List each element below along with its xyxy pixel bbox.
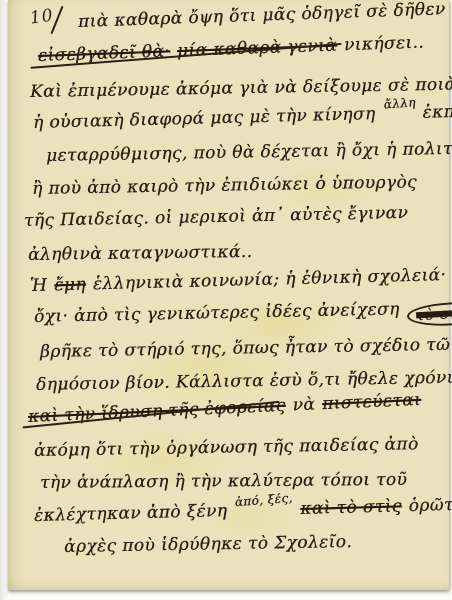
handwriting-line: ἡ οὐσιακὴ διαφορά μας μὲ τὴν κίνησηἄλληἐ… [33,99,452,133]
struck-text: μία καθαρὰ γενιὰ [177,36,338,62]
handwriting-line: ὄχι· ἀπὸ τὶς γενικώτερες ἰδέες ἀνείχεσητ… [34,296,452,329]
inserted-above-text: ἀπό, ξές, [235,491,294,510]
handwriting-line: πιὰ καθαρὰ ὄψη ὅτι μᾶς ὁδηγεῖ σὲ δῆθεν [78,0,452,32]
handwritten-text: Ἡ [30,276,48,296]
handwriting-line: Ἡἔμηἑλληνικιὰ κοινωνία; ἡ ἐθνικὴ σχολειά… [30,265,452,296]
handwritten-text: τὴν ἀνάπλαση ἢ τὴν καλύτερα τόποι τοῦ [40,470,407,493]
handwriting-line: τῆς Παιδείας. οἱ μερικοὶ ἀπ᾽ αὐτὲς ἔγινα… [24,203,416,231]
handwriting-line: βρῆκε τὸ στήριό της, ὅπως ἦταν τὸ σχέδιο… [40,335,452,362]
handwritten-text: ἡ οὐσιακὴ διαφορά μας μὲ τὴν κίνηση [33,104,376,133]
struck-text: καὶ τὸ στὶς [300,496,402,519]
handwritten-text: πιὰ καθαρὰ ὄψη ὅτι μᾶς ὁδηγεῖ σὲ δῆθεν [78,0,446,32]
handwritten-text: νικήσει.. [344,33,425,56]
struck-text: εἰσεβγαδεῖ θὰ· [38,41,171,66]
handwritten-text: ὄχι· ἀπὸ τὶς γενικώτερες ἰδέες ἀνείχεση [34,299,400,327]
handwritten-text: ἑλληνικιὰ κοινωνία; ἡ ἐθνικὴ σχολειά· [93,265,447,294]
struck-text: ἔμη [54,275,86,296]
handwriting-line: μεταρρύθμισης, ποὺ θὰ δέχεται ἢ ὄχι ἡ πο… [46,138,452,166]
inserted-above-text: ἄλλη [383,95,416,111]
struck-text: καὶ τὴν ἵδρυση τῆς ἐφορείας [28,396,286,427]
handwritten-text: ἀρχὲς ποὺ ἱδρύθηκε τὸ Σχολεῖο. [64,532,352,557]
handwritten-text: ἢ ποὺ ἀπὸ καιρὸ τὴν ἐπιδιώκει ὁ ὑπουργὸς [32,172,417,199]
handwriting-line: ἀρχὲς ποὺ ἱδρύθηκε τὸ Σχολεῖο. [64,532,359,557]
scanned-page: 10 πιὰ καθαρὰ ὄψη ὅτι μᾶς ὁδηγεῖ σὲ δῆθε… [0,0,452,600]
manuscript-paper: 10 πιὰ καθαρὰ ὄψη ὅτι μᾶς ὁδηγεῖ σὲ δῆθε… [8,0,449,590]
handwritten-text: ὁρῶτες [408,495,452,517]
handwriting-line: καὶ τὴν ἵδρυση τῆς ἐφορείαςνὰπιστεύεται [28,390,429,427]
handwritten-text: ἀκόμη ὅτι τὴν ὀργάνωση τῆς παιδείας ἀπὸ [34,434,419,461]
struck-text: πιστεύεται [322,390,422,414]
handwritten-text: τῆς Παιδείας. οἱ μερικοὶ ἀπ᾽ αὐτὲς ἔγινα… [24,203,409,231]
handwriting-line: ἀκόμη ὅτι τὴν ὀργάνωση τῆς παιδείας ἀπὸ [34,434,426,461]
handwritten-text: ἀληθινὰ καταγνωστικά.. [28,242,253,265]
handwriting-line: ἐκλέχτηκαν ἀπὸ ξένηἀπό, ξές,καὶ τὸ στὶςὁ… [34,494,452,526]
handwriting-lines: πιὰ καθαρὰ ὄψη ὅτι μᾶς ὁδηγεῖ σὲ δῆθενεἰ… [8,0,449,590]
handwriting-line: ἀληθινὰ καταγνωστικά.. [28,242,260,265]
handwriting-line: τὴν ἀνάπλαση ἢ τὴν καλύτερα τόποι τοῦ [40,470,414,493]
circled-struck-text: τὸ σημεῖο [406,300,452,328]
handwriting-line: ἢ ποὺ ἀπὸ καιρὸ τὴν ἐπιδιώκει ὁ ὑπουργὸς [32,172,424,199]
handwriting-line: εἰσεβγαδεῖ θὰ·μία καθαρὰ γενιὰνικήσει.. [38,32,432,66]
handwritten-text: μεταρρύθμισης, ποὺ θὰ δέχεται ἢ ὄχι ἡ πο… [46,138,452,166]
handwritten-text: ἐκπαιδευτικῆς [422,99,452,122]
handwritten-text: βρῆκε τὸ στήριό της, ὅπως ἦταν τὸ σχέδιο… [40,335,451,362]
handwritten-text: ἐκλέχτηκαν ἀπὸ ξένη [34,501,228,526]
handwritten-text: νὰ [292,394,315,415]
